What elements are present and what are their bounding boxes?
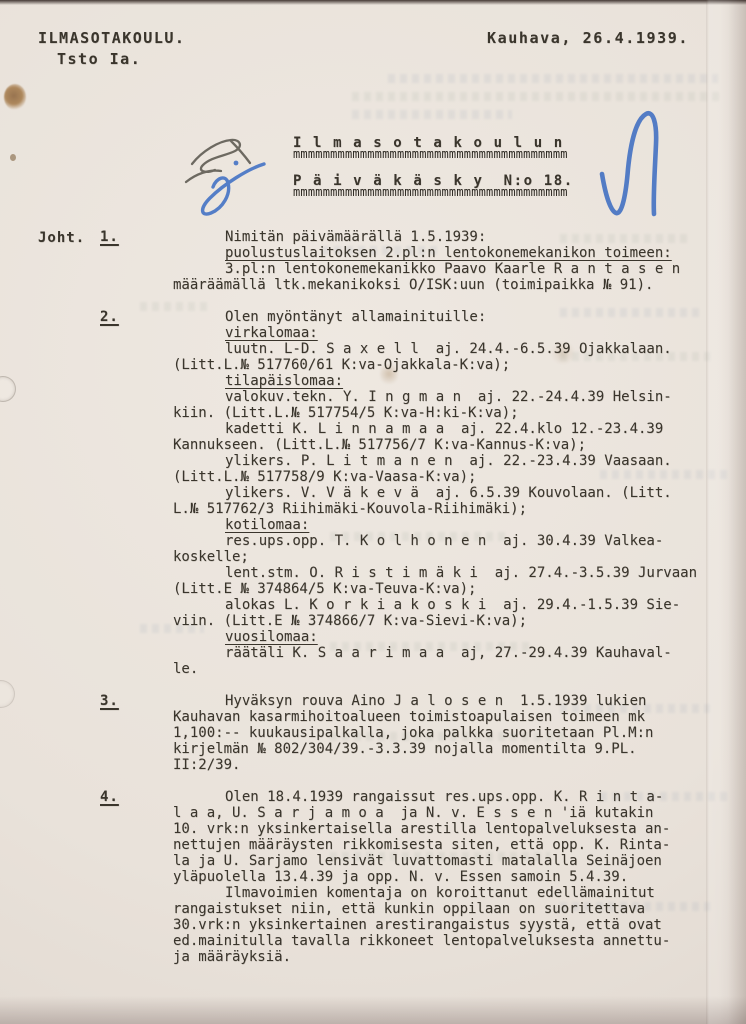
title-line-1: I l m a s o t a k o u l u n — [293, 135, 574, 151]
title-underline-2: mmmmmmmmmmmmmmmmmmmmmmmmmmmmmmmmmmmmm — [293, 188, 569, 197]
paragraph-1: 1. Nimitän päivämäärällä 1.5.1939:puolus… — [173, 229, 713, 293]
body-line: Kannukseen. (Litt.L.№ 517756/7 K:va-Kann… — [173, 437, 713, 453]
blue-pen-initials — [186, 156, 278, 226]
dateline: Kauhava, 26.4.1939. — [487, 29, 689, 47]
body-line: (Litt.L.№ 517760/61 K:va-Ojakkala-K:va); — [173, 357, 713, 373]
body-line: 30.vrk:n yksinkertainen arestirangaistus… — [173, 917, 713, 933]
body-line: II:2/39. — [173, 757, 713, 773]
paper-stain — [4, 84, 26, 110]
bleedthrough-mark — [352, 92, 720, 101]
body-line: alokas L. K o r k i a k o s k i aj. 29.4… — [173, 597, 713, 613]
body-line: (Litt.L.№ 517758/9 K:va-Vaasa-K:va); — [173, 469, 713, 485]
body-line: le. — [173, 661, 713, 677]
body-line: Ilmavoimien komentaja on koroittanut ede… — [173, 885, 713, 901]
body-line: kiin. (Litt.L.№ 517754/5 K:va-H:ki-K:va)… — [173, 405, 713, 421]
body-line: L.№ 517762/3 Riihimäki-Kouvola-Riihimäki… — [173, 501, 713, 517]
body-line: ed.mainitulla tavalla rikkoneet lentopal… — [173, 933, 713, 949]
body-line: kadetti K. L i n n a m a a aj. 22.4.klo … — [173, 421, 713, 437]
paragraph-4: 4. Olen 18.4.1939 rangaissut res.ups.opp… — [173, 789, 713, 965]
body-line: 1,100:-- kuukausipalkalla, joka palkka s… — [173, 725, 713, 741]
body-line: koskelle; — [173, 549, 713, 565]
bleedthrough-mark — [388, 74, 718, 83]
paragraph-number: 2. — [100, 309, 119, 325]
body-line: Hyväksyn rouva Aino J a l o s e n 1.5.19… — [173, 693, 713, 709]
org-name: ILMASOTAKOULU. — [38, 29, 185, 47]
body-line: kotilomaa: — [173, 517, 713, 533]
blue-pen-checkmark — [586, 106, 672, 224]
document-body: Joht. 1. Nimitän päivämäärällä 1.5.1939:… — [0, 229, 746, 981]
body-line: ylikers. V. V ä k e v ä aj. 6.5.39 Kouvo… — [173, 485, 713, 501]
paper-stain — [10, 154, 16, 161]
pencil-scribble — [178, 128, 270, 194]
body-line: luutn. L-D. S a x e l l aj. 24.4.-6.5.39… — [173, 341, 713, 357]
body-line: nettujen määräysten rikkomisesta siten, … — [173, 837, 713, 853]
body-line: räätäli K. S a a r i m a a aj, 27.-29.4.… — [173, 645, 713, 661]
body-line: Olen myöntänyt allamainituille: — [173, 309, 713, 325]
body-line: ylikers. P. L i t m a n e n aj. 22.-23.4… — [173, 453, 713, 469]
document-title: I l m a s o t a k o u l u n mmmmmmmmmmmm… — [293, 135, 574, 197]
title-line-2: P ä i v ä k ä s k y N:o 18. — [293, 173, 574, 189]
body-line: 3.pl:n lentokonemekanikko Paavo Kaarle R… — [173, 261, 713, 277]
body-line: vuosilomaa: — [173, 629, 713, 645]
body-line: määräämällä ltk.mekanikoksi O/ISK:uun (t… — [173, 277, 713, 293]
document-page: ILMASOTAKOULU. Tsto Ia. Kauhava, 26.4.19… — [0, 0, 746, 1024]
body-line: yläpuolella 13.4.39 ja opp. N. v. Essen … — [173, 869, 713, 885]
paragraph-2: 2. Olen myöntänyt allamainituille:virkal… — [173, 309, 713, 677]
body-line: valokuv.tekn. Y. I n g m a n aj. 22.-24.… — [173, 389, 713, 405]
body-line: viin. (Litt.E № 374866/7 K:va-Sievi-K:va… — [173, 613, 713, 629]
body-line: virkalomaa: — [173, 325, 713, 341]
body-line: puolustuslaitoksen 2.pl:n lentokonemekan… — [173, 245, 713, 261]
body-line: rangaistukset niin, että kunkin oppilaan… — [173, 901, 713, 917]
bleedthrough-mark — [352, 110, 512, 119]
margin-label: Joht. — [38, 230, 85, 246]
paragraph-3: 3. Hyväksyn rouva Aino J a l o s e n 1.5… — [173, 693, 713, 773]
body-line: la ja U. Sarjamo lensivät luvattomasti m… — [173, 853, 713, 869]
body-line: (Litt.E № 374864/5 K:va-Teuva-K:va); — [173, 581, 713, 597]
body-line: 10. vrk:n yksinkertaisella arestilla len… — [173, 821, 713, 837]
body-line: l a a, U. S a r j a m o a ja N. v. E s s… — [173, 805, 713, 821]
paragraph-number: 1. — [100, 229, 119, 245]
title-underline-1: mmmmmmmmmmmmmmmmmmmmmmmmmmmmmmmmmmmmm — [293, 150, 569, 159]
body-line: kirjelmän № 802/304/39.-3.3.39 nojalla m… — [173, 741, 713, 757]
body-line: res.ups.opp. T. K o l h o n e n aj. 30.4… — [173, 533, 713, 549]
body-line: Nimitän päivämäärällä 1.5.1939: — [173, 229, 713, 245]
body-line: ja määräyksiä. — [173, 949, 713, 965]
org-office: Tsto Ia. — [57, 50, 141, 68]
paragraph-number: 3. — [100, 693, 119, 709]
body-line: lent.stm. O. R i s t i m ä k i aj. 27.4.… — [173, 565, 713, 581]
paragraph-number: 4. — [100, 789, 119, 805]
body-line: Kauhavan kasarmihoitoalueen toimistoapul… — [173, 709, 713, 725]
body-line: Olen 18.4.1939 rangaissut res.ups.opp. K… — [173, 789, 713, 805]
body-line: tilapäislomaa: — [173, 373, 713, 389]
